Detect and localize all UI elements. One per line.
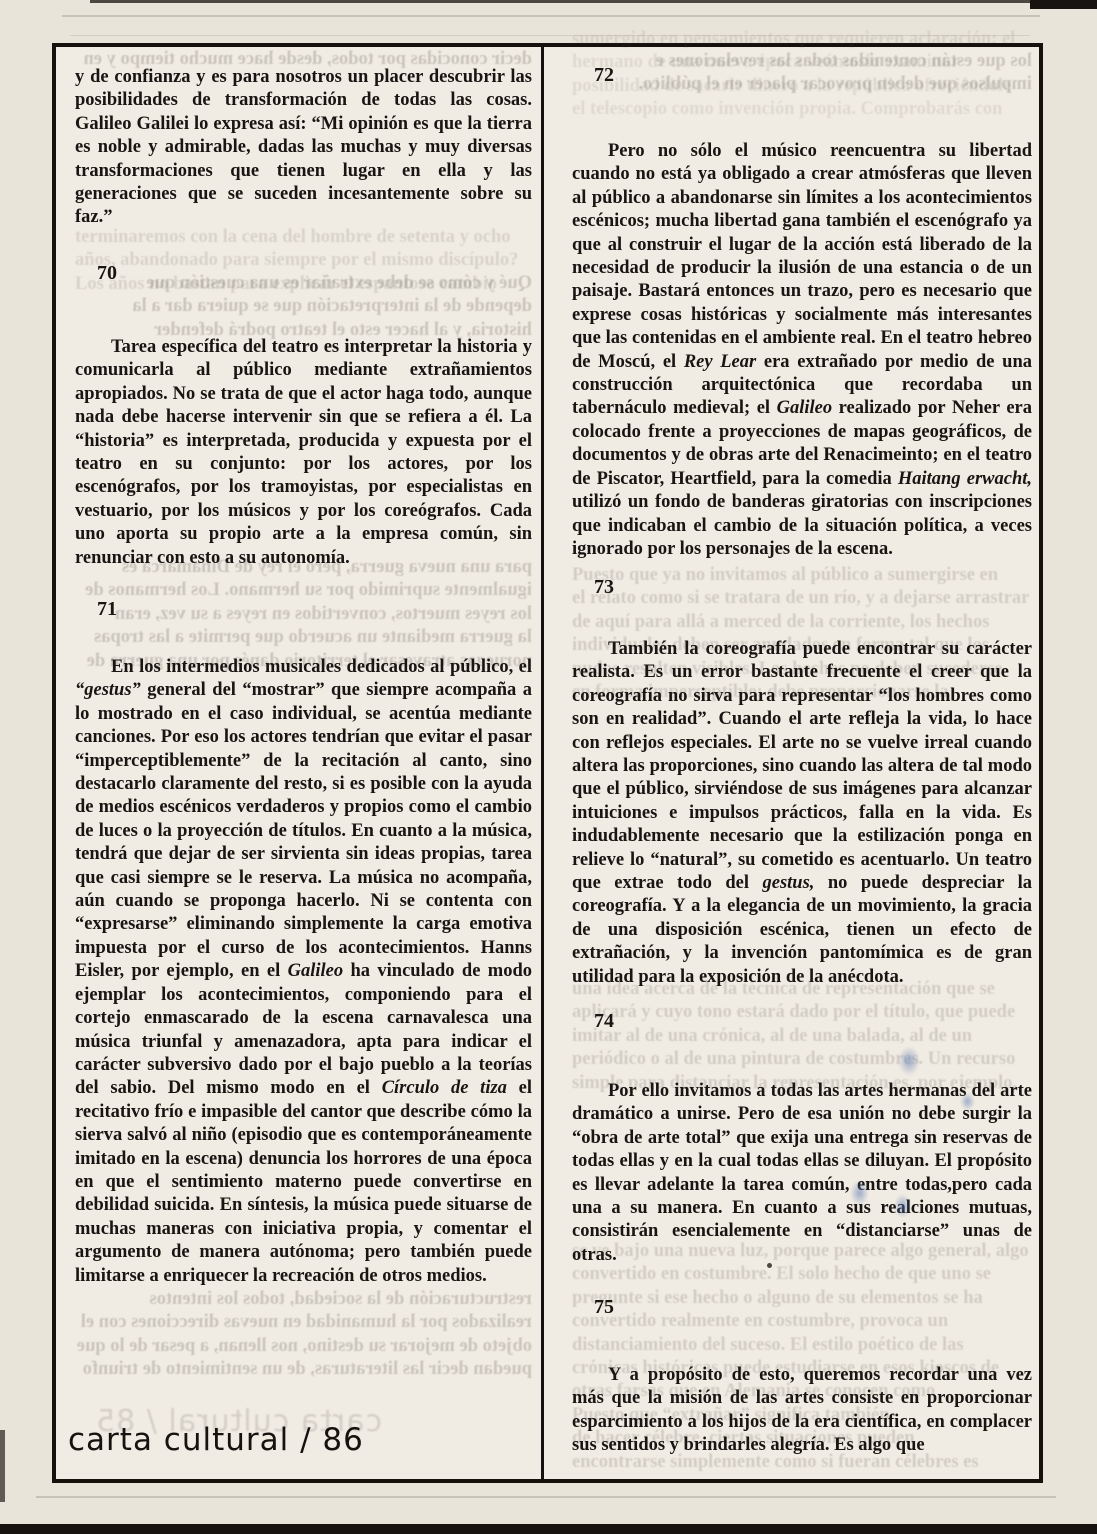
- section-73-paragraph: También la coreografía puede encontrar s…: [572, 638, 1032, 989]
- section-heading-71: 71: [75, 598, 532, 621]
- section-heading-74: 74: [572, 1010, 1032, 1033]
- section-heading-72: 72: [572, 64, 1032, 87]
- ink-smudge: [898, 1046, 920, 1076]
- intro-paragraph: y de confianza y es para nosotros un pla…: [75, 66, 532, 230]
- section-72-paragraph: Pero no sólo el músico reencuentra su li…: [572, 140, 1032, 561]
- section-75-paragraph: Y a propósito de esto, queremos recordar…: [572, 1364, 1032, 1458]
- ghost-text: una idea acerca de la técnica de represe…: [572, 978, 1032, 1095]
- scan-edge-left: [0, 1430, 5, 1502]
- ink-smudge: [894, 1194, 911, 1218]
- scanned-page: decir conocidas por todos, desde hace mu…: [0, 0, 1097, 1534]
- ghost-frame-line-bottom: [36, 1496, 1056, 1498]
- scan-edge-top: [90, 0, 1090, 3]
- section-heading-73: 73: [572, 576, 1032, 599]
- section-heading-75: 75: [572, 1296, 1032, 1319]
- journal-footer: carta cultural / 86: [68, 1422, 364, 1458]
- section-70-paragraph: Tarea específica del teatro es interpret…: [75, 336, 532, 570]
- section-71-paragraph: En los intermedios musicales dedicados a…: [75, 656, 532, 1288]
- ghost-frame-line-top: [62, 15, 1040, 17]
- ink-smudge: [960, 1092, 975, 1111]
- ink-smudge: [850, 1180, 869, 1206]
- ghost-text: restructuración de la sociedad, todos lo…: [75, 1288, 532, 1382]
- scan-edge-top-right: [1030, 0, 1097, 9]
- column-divider: [541, 43, 544, 1483]
- ink-speck: [767, 1263, 772, 1268]
- section-heading-70: 70: [75, 262, 532, 285]
- scan-edge-bottom: [0, 1524, 1097, 1534]
